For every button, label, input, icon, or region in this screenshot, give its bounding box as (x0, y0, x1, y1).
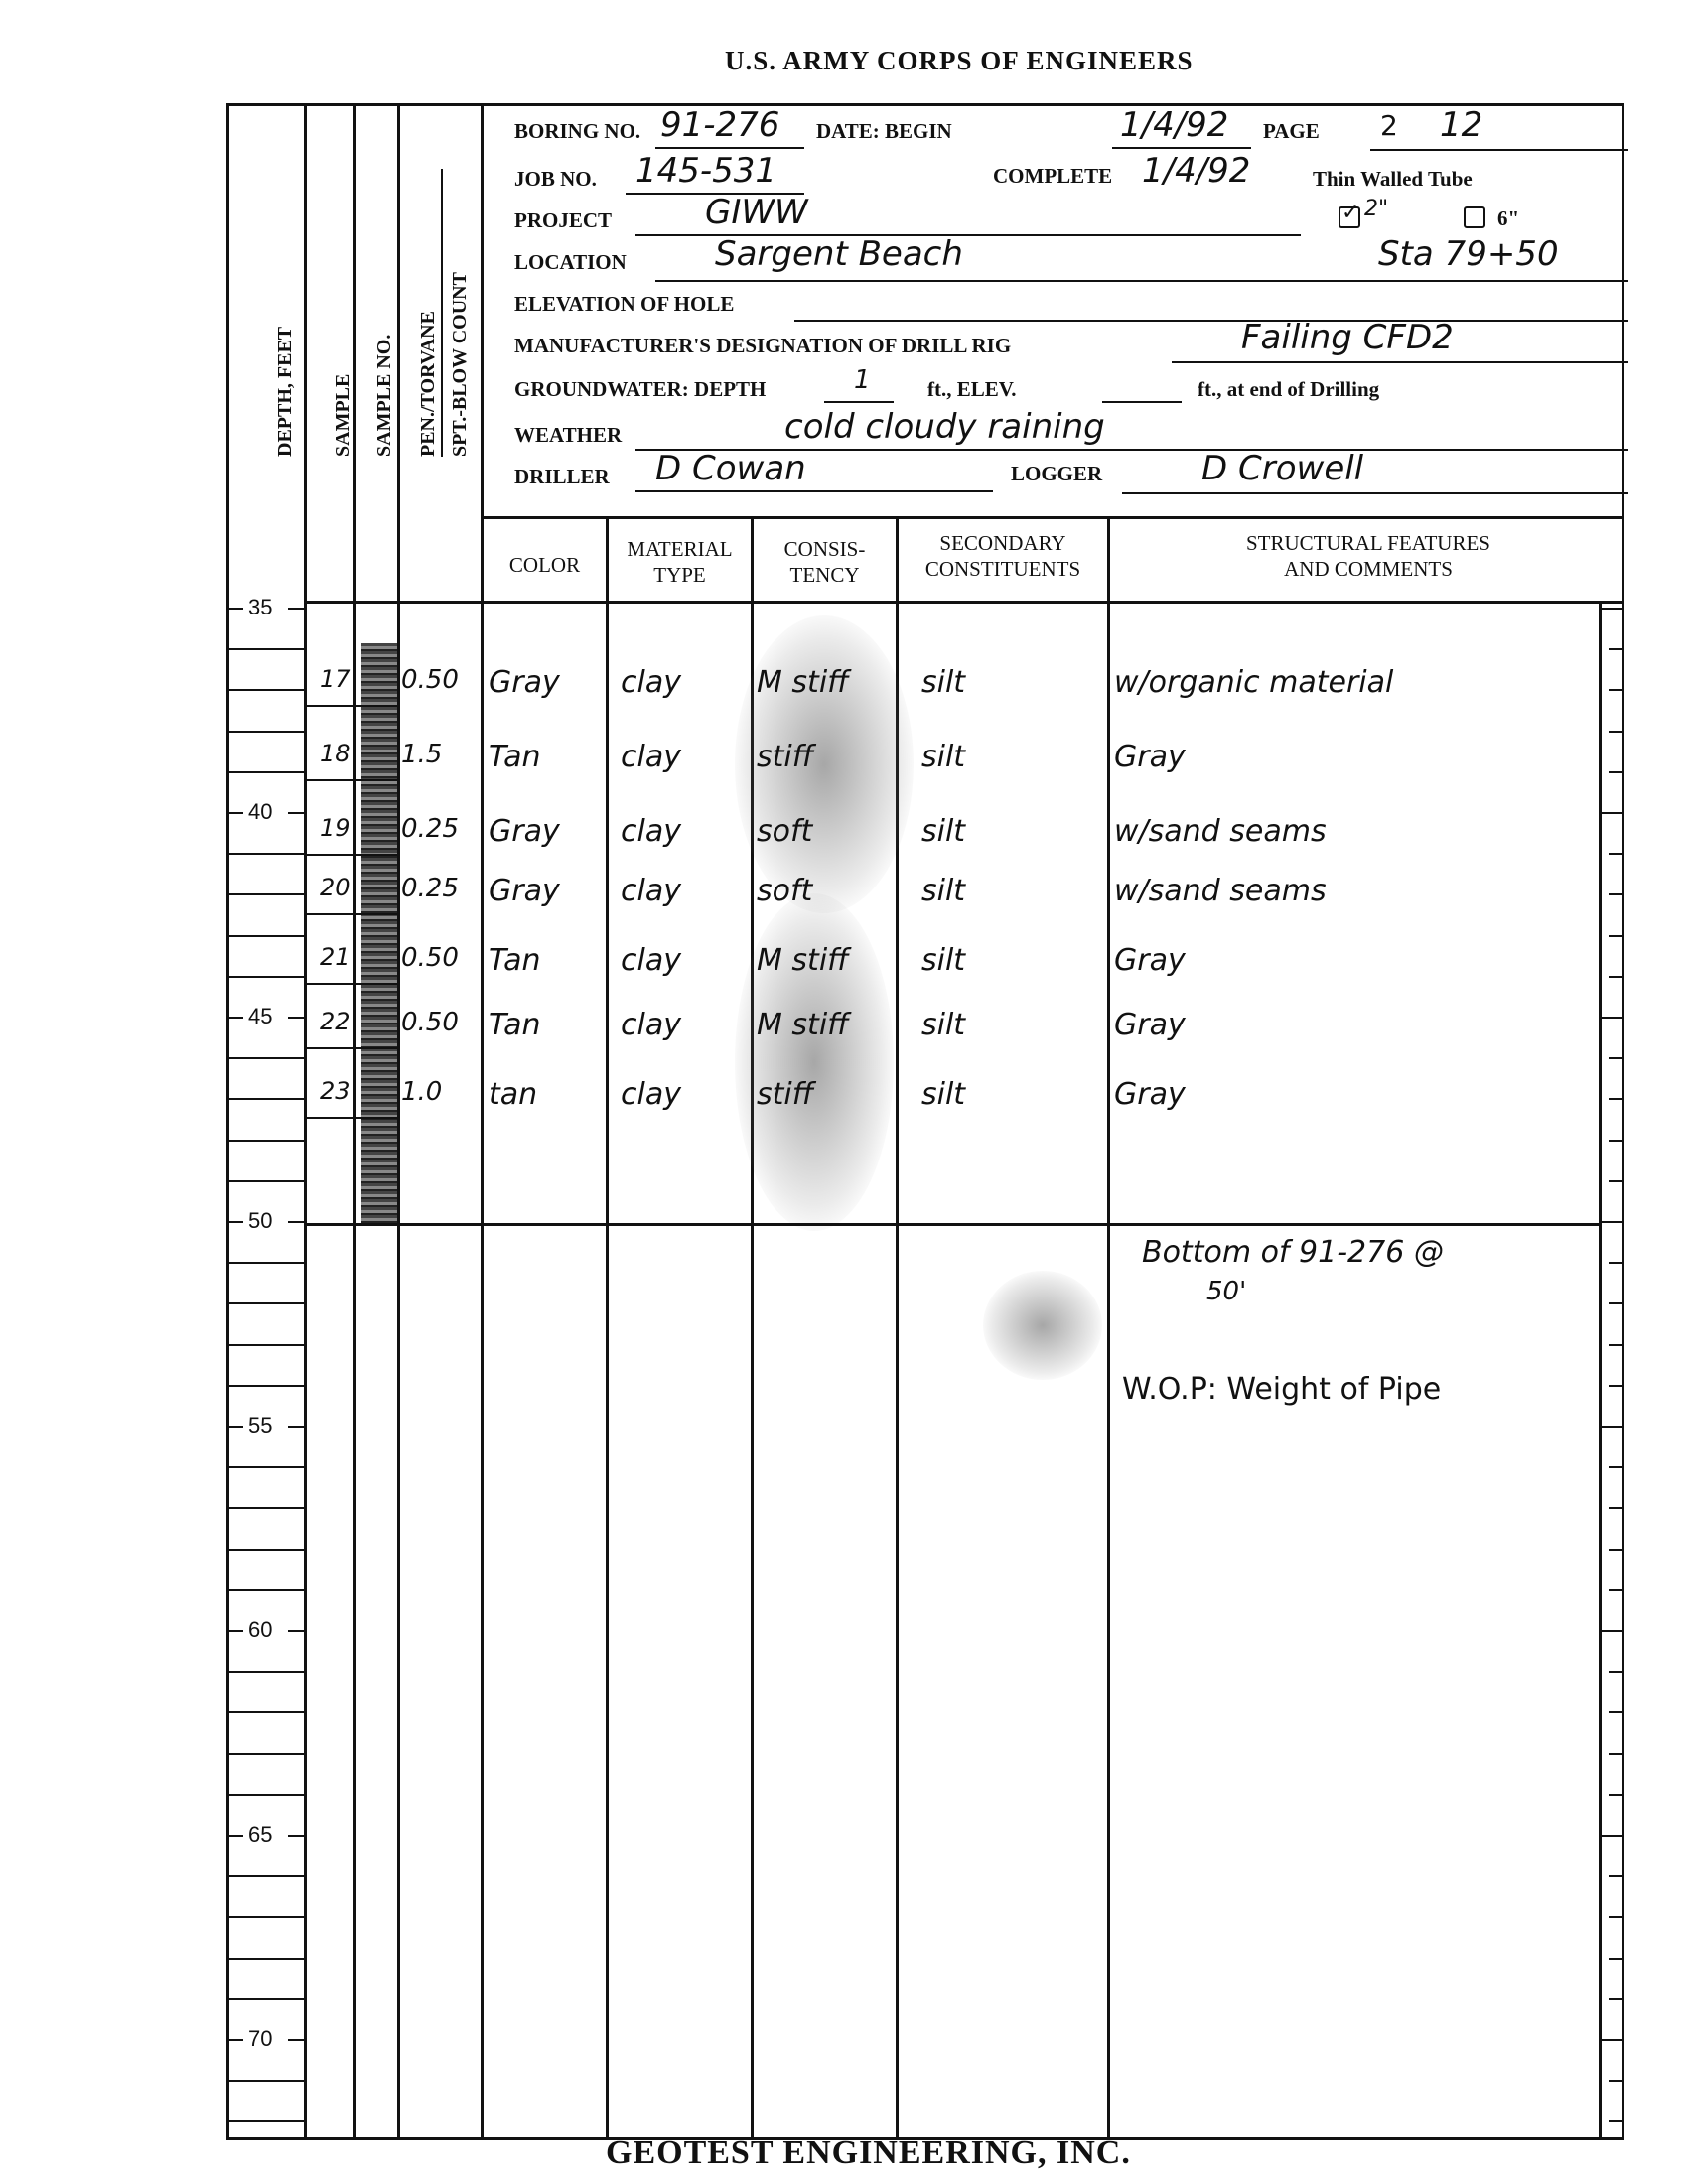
right-scale-minor-tick (1609, 853, 1624, 855)
col-color-text: COLOR (509, 553, 580, 577)
depth-major-tick (229, 812, 243, 814)
depth-label: 70 (248, 2026, 272, 2052)
depth-minor-tick (229, 1998, 304, 2000)
elev-underline (1102, 401, 1182, 403)
depth-minor-tick (229, 935, 304, 937)
divider-secondary-structural (1107, 516, 1110, 2140)
depth-label: 60 (248, 1617, 272, 1643)
right-scale-minor-tick (1609, 1302, 1624, 1304)
material-cell: clay (621, 740, 681, 774)
right-scale-minor-tick (1609, 1385, 1624, 1387)
depth-minor-tick (229, 1466, 304, 1468)
date-begin-label: DATE: BEGIN (816, 119, 952, 144)
right-scale-minor-tick (1609, 1344, 1624, 1346)
depth-minor-tick (229, 1057, 304, 1059)
driller-underline (635, 490, 993, 492)
right-scale-minor-tick (1609, 1711, 1624, 1713)
col-material-line2: TYPE (609, 562, 751, 588)
depth-major-tick (229, 1221, 243, 1223)
comments-cell: Gray (1114, 740, 1186, 774)
material-cell: clay (621, 874, 681, 908)
right-scale-minor-tick (1609, 1998, 1624, 2000)
depth-label: 50 (248, 1208, 272, 1234)
col-structural-line1: STRUCTURAL FEATURES (1110, 530, 1626, 556)
drill-rig-underline (1172, 361, 1628, 363)
sample-divider (304, 705, 397, 707)
consistency-cell: soft (757, 814, 812, 849)
consistency-cell: M stiff (757, 943, 849, 978)
depth-major-tick (229, 1017, 243, 1019)
depth-minor-tick (229, 2080, 304, 2082)
sample-divider (304, 913, 397, 915)
depth-minor-tick (229, 1507, 304, 1509)
elevation-underline (794, 320, 1628, 322)
right-scale-minor-tick (1609, 935, 1624, 937)
right-scale-major-tick (1599, 1630, 1624, 1632)
consistency-cell: M stiff (757, 665, 849, 700)
depth-major-tick (288, 1221, 304, 1223)
depth-minor-tick (229, 1875, 304, 1877)
depth-minor-tick (229, 1671, 304, 1673)
comments-cell: Gray (1114, 1008, 1186, 1042)
depth-label: 55 (248, 1413, 272, 1438)
comments-cell: w/organic material (1114, 665, 1393, 700)
project-value[interactable]: GIWW (705, 193, 808, 232)
pen-torvane-header: PEN./TORVANE (417, 311, 440, 457)
right-scale-minor-tick (1609, 1507, 1624, 1509)
station-value[interactable]: Sta 79+50 (1378, 234, 1559, 274)
depth-major-tick (229, 1630, 243, 1632)
ft-elev-label: ft., ELEV. (927, 377, 1016, 402)
bottom-depth-note: 50' (1206, 1277, 1246, 1306)
sample-no-cell: 21 (320, 943, 351, 971)
groundwater-label: GROUNDWATER: DEPTH (514, 377, 766, 402)
agency-title: U.S. ARMY CORPS OF ENGINEERS (725, 46, 1194, 76)
divider-pen-table (481, 103, 484, 2140)
consistency-cell: soft (757, 874, 812, 908)
depth-major-tick (288, 1835, 304, 1837)
page-label: PAGE (1263, 119, 1320, 144)
sample-divider (304, 779, 397, 781)
sample-divider (304, 1117, 397, 1119)
right-scale-minor-tick (1609, 1180, 1624, 1182)
right-scale-minor-tick (1609, 1958, 1624, 1960)
col-consistency-header: CONSIS-TENCY (754, 536, 896, 588)
spt-blow-count-header: SPT.-BLOW COUNT (449, 272, 472, 457)
sample-no-header: SAMPLE NO. (373, 335, 396, 457)
depth-minor-tick (229, 853, 304, 855)
color-cell: Tan (489, 740, 541, 774)
depth-minor-tick (229, 771, 304, 773)
sample-no-cell: 18 (320, 740, 351, 767)
sample-no-cell: 17 (320, 665, 351, 693)
right-scale-minor-tick (1609, 893, 1624, 895)
comments-cell: w/sand seams (1114, 874, 1327, 908)
col-secondary-line2: CONSTITUENTS (899, 556, 1107, 582)
drill-rig-value[interactable]: Failing CFD2 (1241, 318, 1454, 357)
divider-color-material (606, 516, 609, 2140)
location-underline (655, 280, 1628, 282)
right-scale-minor-tick (1609, 976, 1624, 978)
sample-header: SAMPLE (332, 374, 354, 457)
col-color-header: COLOR (484, 552, 606, 578)
depth-minor-tick (229, 1262, 304, 1264)
depth-minor-tick (229, 1098, 304, 1100)
right-scale-minor-tick (1609, 1057, 1624, 1059)
right-scale-major-tick (1599, 1835, 1624, 1837)
depth-minor-tick (229, 1753, 304, 1755)
sample-recovery-bar (361, 643, 397, 1224)
right-scale-minor-tick (1609, 1466, 1624, 1468)
logger-label: LOGGER (1011, 462, 1102, 486)
depth-major-tick (229, 2039, 243, 2041)
depth-minor-tick (229, 648, 304, 650)
depth-label: 35 (248, 595, 272, 620)
right-scale-major-tick (1599, 1017, 1624, 1019)
consistency-cell: stiff (757, 1077, 813, 1112)
elevation-label: ELEVATION OF HOLE (514, 292, 734, 317)
consistency-cell: stiff (757, 740, 813, 774)
right-scale-minor-tick (1609, 1671, 1624, 1673)
col-consistency-line2: TENCY (754, 562, 896, 588)
depth-minor-tick (229, 976, 304, 978)
driller-value[interactable]: D Cowan (655, 449, 806, 488)
sample-divider (304, 983, 397, 985)
tube-2in-checkbox[interactable]: ✓ (1339, 206, 1360, 228)
divider-sampleno-pen (397, 103, 400, 2140)
right-scale-minor-tick (1609, 1098, 1624, 1100)
depth-minor-tick (229, 1958, 304, 1960)
depth-minor-tick (229, 1549, 304, 1551)
comments-cell: Gray (1114, 1077, 1186, 1112)
pen-torvane-cell: 1.5 (401, 740, 442, 769)
material-cell: clay (621, 665, 681, 700)
col-consistency-line1: CONSIS- (754, 536, 896, 562)
depth-minor-tick (229, 1180, 304, 1182)
right-scale-minor-tick (1609, 1589, 1624, 1591)
tube-6in-label: 6" (1497, 206, 1519, 231)
right-scale-minor-tick (1609, 1875, 1624, 1877)
right-scale-major-tick (1599, 1221, 1624, 1223)
right-scale-minor-tick (1609, 689, 1624, 691)
location-value[interactable]: Sargent Beach (715, 234, 963, 274)
depth-major-tick (229, 1835, 243, 1837)
secondary-cell: silt (921, 665, 965, 700)
right-scale-minor-tick (1609, 1262, 1624, 1264)
right-scale-minor-tick (1609, 2120, 1624, 2122)
end-of-drilling-label: ft., at end of Drilling (1198, 377, 1379, 402)
groundwater-depth-underline (824, 401, 894, 403)
depth-minor-tick (229, 1385, 304, 1387)
depth-major-tick (288, 2039, 304, 2041)
tube-2in-label: 2" (1364, 197, 1388, 221)
right-scale-major-tick (1599, 812, 1624, 814)
pen-torvane-cell: 0.50 (401, 1008, 459, 1037)
right-scale-minor-tick (1609, 1916, 1624, 1918)
complete-value[interactable]: 1/4/92 (1142, 151, 1250, 191)
material-cell: clay (621, 1077, 681, 1112)
sample-no-cell: 20 (320, 874, 351, 901)
divider-right-scale (1599, 601, 1602, 2140)
depth-minor-tick (229, 689, 304, 691)
boring-no-label: BORING NO. (514, 119, 640, 144)
ink-smudge (983, 1271, 1102, 1380)
page-total[interactable]: 12 (1440, 105, 1482, 145)
material-cell: clay (621, 1008, 681, 1042)
depth-label: 45 (248, 1004, 272, 1029)
weather-label: WEATHER (514, 423, 622, 448)
complete-label: COMPLETE (993, 164, 1112, 189)
column-header-separator (304, 601, 1624, 604)
depth-minor-tick (229, 1140, 304, 1142)
secondary-cell: silt (921, 1008, 965, 1042)
pen-torvane-cell: 1.0 (401, 1077, 442, 1107)
right-scale-minor-tick (1609, 1753, 1624, 1755)
secondary-cell: silt (921, 874, 965, 908)
right-scale-major-tick (1599, 608, 1624, 610)
checkmark-icon: ✓ (1341, 201, 1359, 225)
right-scale-major-tick (1599, 1426, 1624, 1428)
pen-spt-divider (441, 169, 443, 457)
pen-torvane-cell: 0.25 (401, 874, 459, 903)
color-cell: Tan (489, 1008, 541, 1042)
pen-torvane-cell: 0.50 (401, 943, 459, 973)
color-cell: Gray (489, 665, 560, 700)
right-scale-minor-tick (1609, 1549, 1624, 1551)
sample-no-cell: 22 (320, 1008, 351, 1035)
col-structural-header: STRUCTURAL FEATURESAND COMMENTS (1110, 530, 1626, 582)
boring-no-value[interactable]: 91-276 (660, 105, 779, 145)
depth-minor-tick (229, 1302, 304, 1304)
sample-divider (304, 854, 397, 856)
color-cell: Tan (489, 943, 541, 978)
logger-underline (1122, 492, 1628, 494)
depth-minor-tick (229, 1916, 304, 1918)
tube-6in-checkbox[interactable] (1464, 206, 1485, 228)
color-cell: Gray (489, 814, 560, 849)
material-cell: clay (621, 814, 681, 849)
depth-minor-tick (229, 731, 304, 733)
col-secondary-header: SECONDARYCONSTITUENTS (899, 530, 1107, 582)
logger-value[interactable]: D Crowell (1201, 449, 1363, 488)
bottom-of-boring-line (304, 1223, 1599, 1226)
col-secondary-line1: SECONDARY (899, 530, 1107, 556)
sample-divider (304, 1047, 397, 1049)
material-cell: clay (621, 943, 681, 978)
depth-major-tick (288, 812, 304, 814)
project-label: PROJECT (514, 208, 612, 233)
depth-major-tick (229, 608, 243, 610)
depth-feet-header: DEPTH, FEET (274, 327, 297, 457)
depth-minor-tick (229, 893, 304, 895)
depth-minor-tick (229, 1794, 304, 1796)
job-no-value[interactable]: 145-531 (635, 151, 776, 191)
date-begin-underline (1112, 147, 1251, 149)
groundwater-depth-value[interactable]: 1 (854, 365, 871, 395)
location-label: LOCATION (514, 250, 627, 275)
pen-torvane-cell: 0.50 (401, 665, 459, 695)
secondary-cell: silt (921, 740, 965, 774)
depth-minor-tick (229, 1344, 304, 1346)
secondary-cell: silt (921, 943, 965, 978)
driller-label: DRILLER (514, 465, 610, 489)
right-scale-minor-tick (1609, 731, 1624, 733)
weather-value[interactable]: cold cloudy raining (784, 407, 1105, 447)
header-separator (481, 516, 1624, 519)
right-scale-minor-tick (1609, 771, 1624, 773)
depth-minor-tick (229, 2120, 304, 2122)
comments-cell: Gray (1114, 943, 1186, 978)
col-material-header: MATERIALTYPE (609, 536, 751, 588)
sample-no-cell: 23 (320, 1077, 351, 1105)
color-cell: Gray (489, 874, 560, 908)
job-no-label: JOB NO. (514, 167, 597, 192)
page-value[interactable]: 2 (1380, 109, 1398, 142)
right-scale-minor-tick (1609, 648, 1624, 650)
depth-label: 65 (248, 1822, 272, 1847)
sample-no-cell: 19 (320, 814, 351, 842)
right-scale-minor-tick (1609, 1794, 1624, 1796)
color-cell: tan (489, 1077, 537, 1112)
right-scale-major-tick (1599, 2039, 1624, 2041)
depth-minor-tick (229, 1589, 304, 1591)
secondary-cell: silt (921, 814, 965, 849)
secondary-cell: silt (921, 1077, 965, 1112)
depth-major-tick (288, 608, 304, 610)
depth-major-tick (229, 1426, 243, 1428)
depth-major-tick (288, 1630, 304, 1632)
bottom-note: Bottom of 91-276 @ (1142, 1235, 1444, 1270)
depth-major-tick (288, 1426, 304, 1428)
wop-note: W.O.P: Weight of Pipe (1122, 1372, 1441, 1407)
drill-rig-label: MANUFACTURER'S DESIGNATION OF DRILL RIG (514, 334, 1011, 358)
comments-cell: w/sand seams (1114, 814, 1327, 849)
depth-major-tick (288, 1017, 304, 1019)
right-scale-minor-tick (1609, 1140, 1624, 1142)
depth-label: 40 (248, 799, 272, 825)
page-underline (1370, 149, 1628, 151)
date-begin-value[interactable]: 1/4/92 (1120, 105, 1228, 145)
depth-minor-tick (229, 1711, 304, 1713)
pen-torvane-cell: 0.25 (401, 814, 459, 844)
consistency-cell: M stiff (757, 1008, 849, 1042)
col-structural-line2: AND COMMENTS (1110, 556, 1626, 582)
boring-no-underline (655, 147, 804, 149)
right-scale-minor-tick (1609, 2080, 1624, 2082)
col-material-line1: MATERIAL (609, 536, 751, 562)
thin-walled-tube-label: Thin Walled Tube (1313, 167, 1473, 192)
divider-depth-sample (304, 103, 307, 2140)
